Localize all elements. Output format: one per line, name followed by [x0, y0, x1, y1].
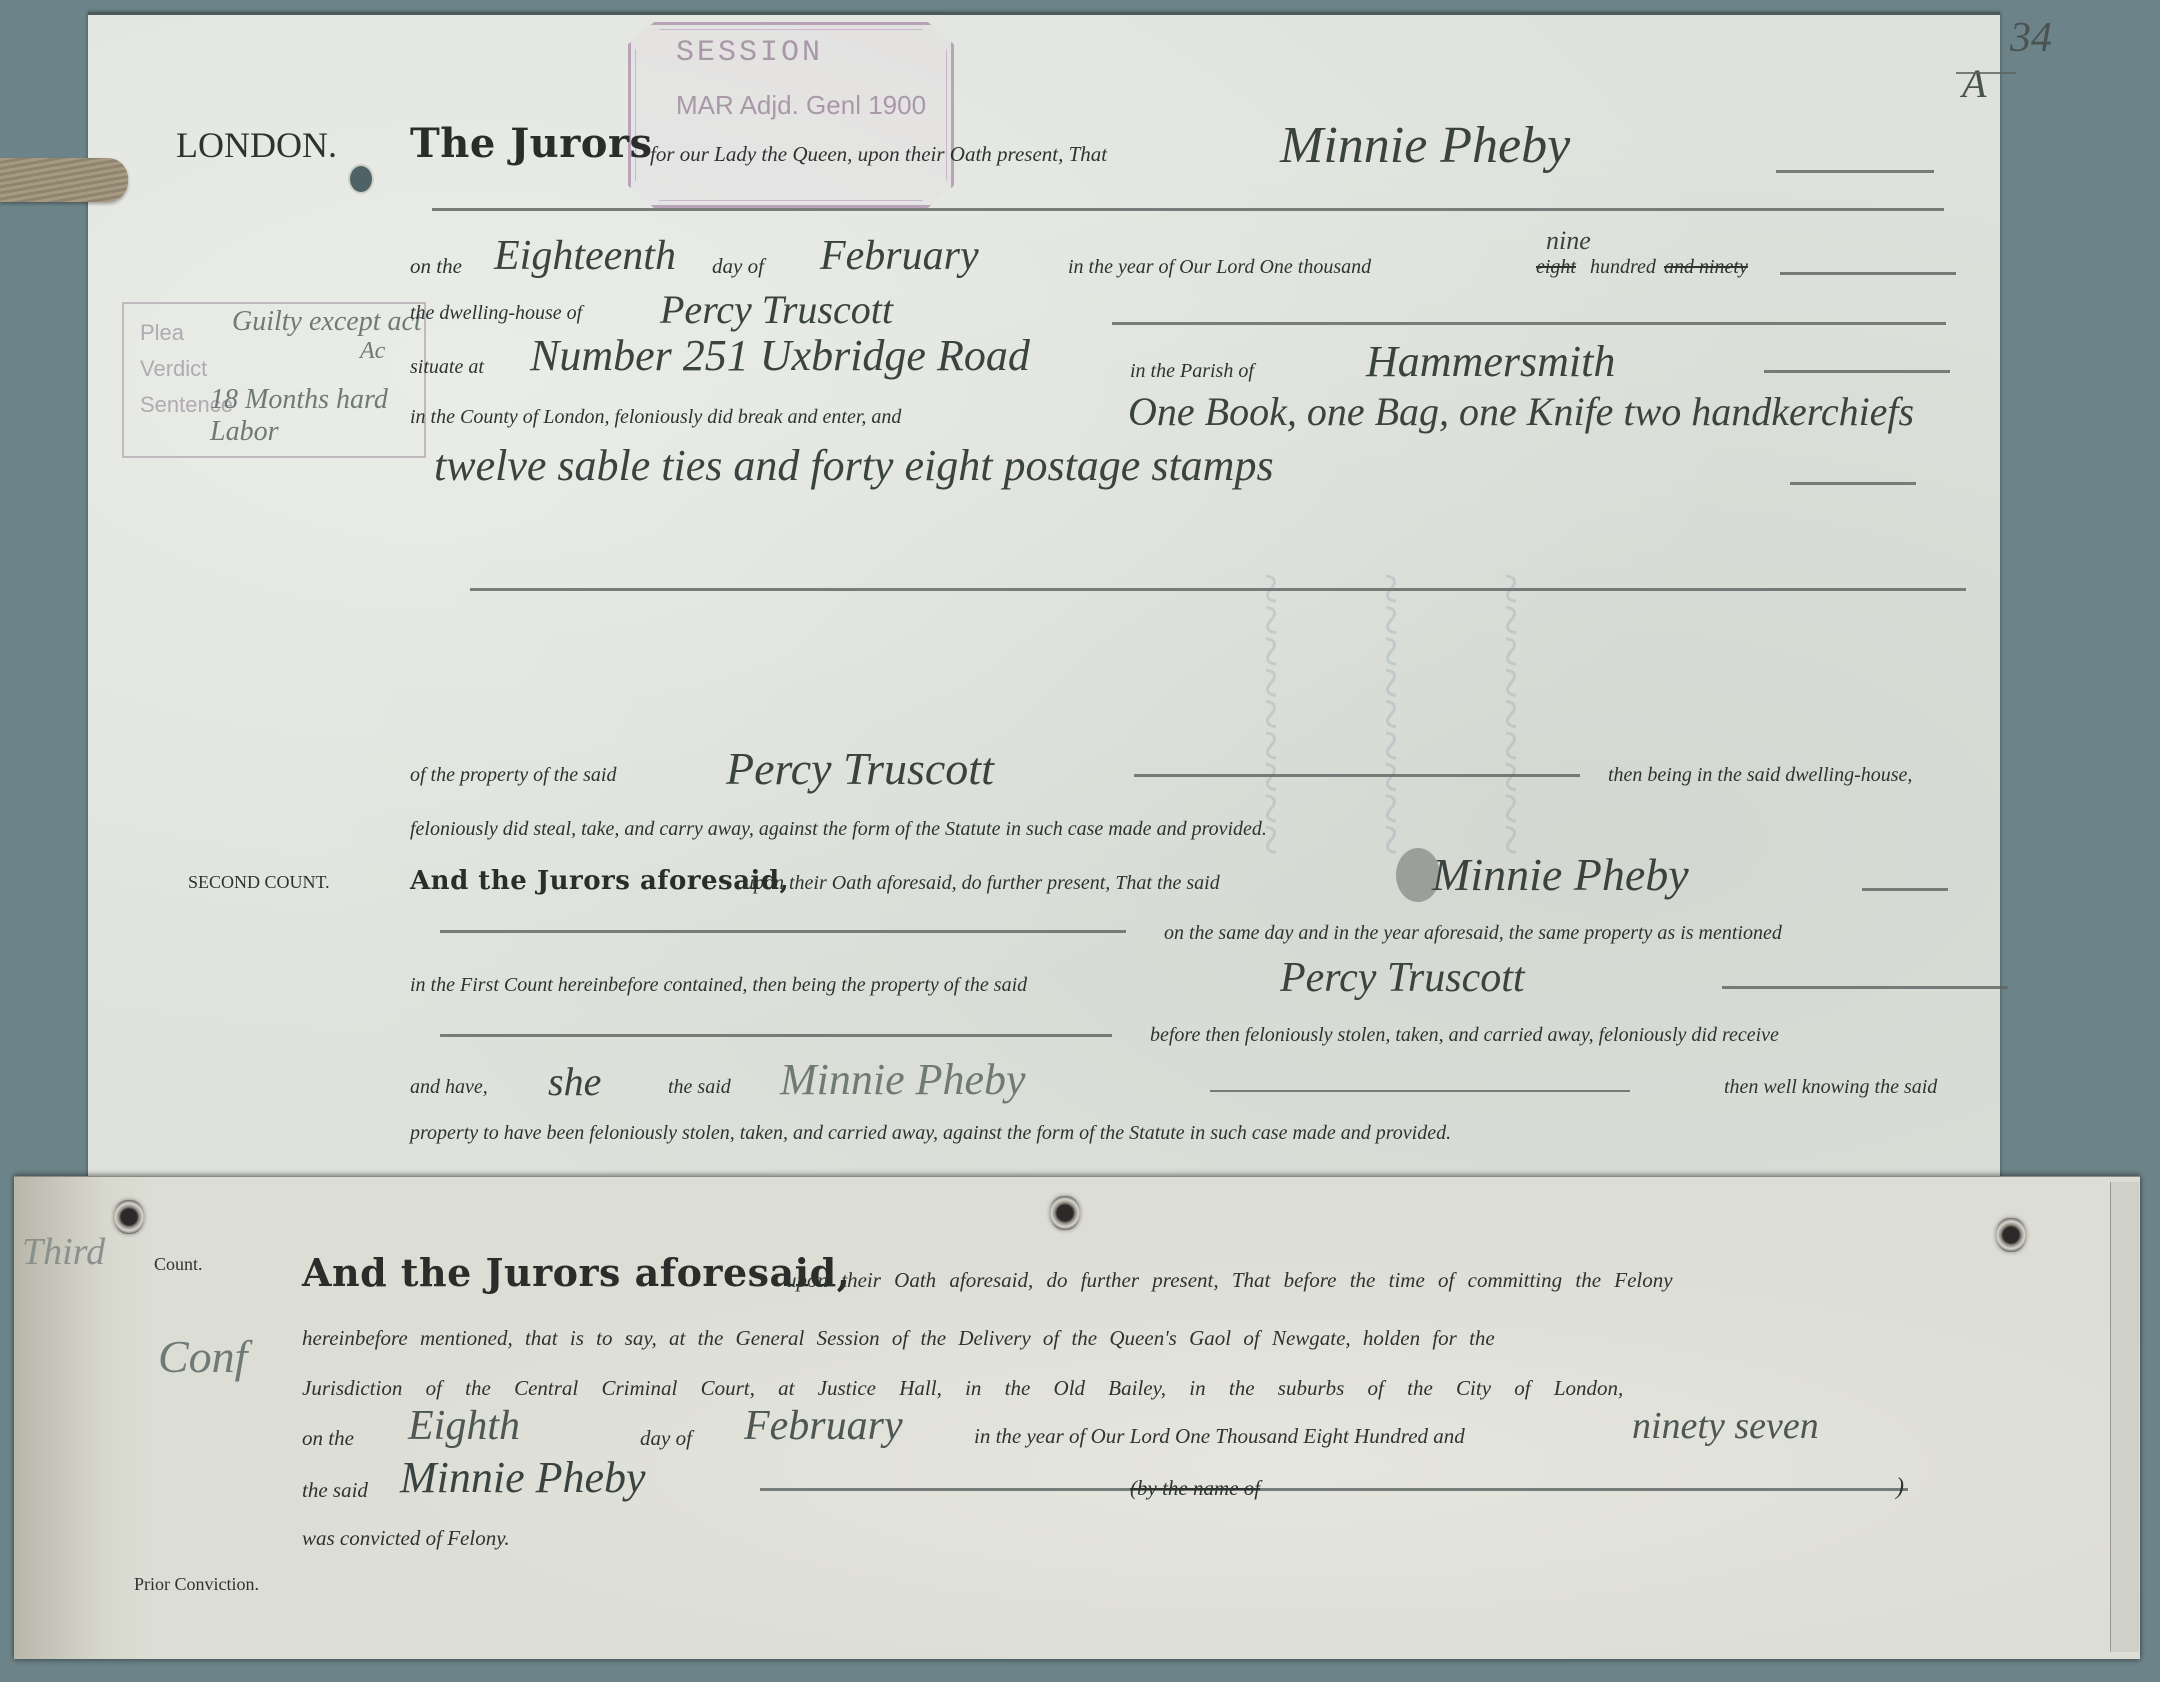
year-struck-eight: eight — [1536, 256, 1576, 279]
steal-line: feloniously did steal, take, and carry a… — [410, 818, 1267, 841]
dwelling-owner: Percy Truscott — [660, 286, 893, 333]
third-defendant: Minnie Pheby — [400, 1452, 646, 1503]
second-count-line1: upon their Oath aforesaid, do further pr… — [744, 872, 1220, 895]
jurisdiction-label: LONDON. — [176, 124, 337, 166]
eyelet-center — [1050, 1196, 1080, 1230]
stolen-line: before then feloniously stolen, taken, a… — [1150, 1024, 1779, 1047]
field-rule — [1776, 170, 1934, 173]
and-have-label: and have, — [410, 1076, 488, 1099]
third-count-sheet — [14, 1176, 2140, 1659]
field-rule — [1112, 322, 1946, 325]
third-the-said: the said — [302, 1478, 368, 1503]
field-rule — [760, 1488, 1908, 1491]
third-count-heading: And the Jurors aforesaid, — [302, 1250, 850, 1295]
offence-month: February — [820, 232, 979, 280]
bleed-through-writing: ~~~~~~~~~ — [1478, 572, 1545, 854]
third-year-print: in the year of Our Lord One Thousand Eig… — [974, 1424, 1465, 1449]
the-said-label: the said — [668, 1076, 731, 1099]
bleed-through-writing: ~~~~~~~~~ — [1358, 572, 1425, 854]
convicted-line: was convicted of Felony. — [302, 1526, 510, 1551]
property-label: of the property of the said — [410, 764, 616, 787]
year-print-a: in the year of Our Lord One thousand — [1068, 256, 1371, 279]
bleed-through-writing: ~~~~~~~~~ — [1238, 572, 1305, 854]
offence-day: Eighteenth — [494, 232, 676, 280]
parish-label: in the Parish of — [1130, 360, 1254, 383]
second-count-owner: Percy Truscott — [1280, 954, 1525, 1002]
count-label: Count. — [154, 1254, 203, 1275]
stamp-line-2: MAR Adjd. Genl 1900 — [676, 90, 926, 121]
goods-line-2: twelve sable ties and forty eight postag… — [434, 440, 1274, 491]
folio-letter: A — [1962, 60, 1986, 107]
field-rule — [440, 1034, 1112, 1037]
defendant-name: Minnie Pheby — [1280, 116, 1570, 175]
knowing-line: then well knowing the said — [1724, 1076, 1937, 1099]
address: Number 251 Uxbridge Road — [530, 330, 1030, 381]
binding-tape — [0, 158, 128, 202]
third-line-1: upon their Oath aforesaid, do further pr… — [786, 1268, 1673, 1293]
year-print-b: hundred — [1590, 256, 1656, 279]
folio-number: 34 — [2010, 14, 2052, 62]
sheet-edge — [2110, 1182, 2139, 1652]
by-the-name-of: (by the name of — [1130, 1476, 1260, 1501]
parish: Hammersmith — [1366, 336, 1615, 387]
stamp-line-1: SESSION — [676, 36, 823, 70]
on-the-label: on the — [410, 254, 462, 279]
second-count-defendant-2: Minnie Pheby — [780, 1054, 1026, 1105]
sentence-note: 18 Months hard Labor — [210, 384, 430, 448]
prior-day: Eighth — [408, 1402, 520, 1450]
second-count-final: property to have been feloniously stolen… — [410, 1122, 1451, 1145]
year-insert-nine: nine — [1546, 226, 1591, 256]
conf-margin-note: Conf — [158, 1330, 247, 1383]
year-struck-ninety: and ninety — [1664, 256, 1748, 279]
third-day-of: day of — [640, 1426, 692, 1451]
field-rule — [440, 930, 1126, 933]
second-count-heading: And the Jurors aforesaid, — [410, 866, 789, 896]
third-line-2: hereinbefore mentioned, that is to say, … — [302, 1326, 1495, 1351]
prior-conviction-label: Prior Conviction. — [134, 1574, 259, 1595]
field-rule — [470, 588, 1966, 591]
folio-underline — [1956, 72, 2016, 74]
field-rule — [1780, 272, 1956, 275]
jurors-heading: The Jurors — [410, 120, 653, 167]
second-count-defendant: Minnie Pheby — [1432, 848, 1689, 901]
field-rule — [1790, 482, 1916, 485]
eyelet-left — [114, 1200, 144, 1234]
third-on-the: on the — [302, 1426, 354, 1451]
prior-month: February — [744, 1402, 903, 1450]
close-paren: ) — [1896, 1474, 1904, 1501]
punch-hole — [348, 164, 374, 194]
pronoun-she: she — [548, 1058, 601, 1105]
third-margin-ordinal: Third — [22, 1230, 105, 1274]
property-owner: Percy Truscott — [726, 742, 994, 795]
first-count-ref: in the First Count hereinbefore containe… — [410, 974, 1027, 997]
field-rule — [1764, 370, 1950, 373]
situate-label: situate at — [410, 356, 484, 379]
field-rule — [432, 208, 1944, 211]
goods-line-1: One Book, one Bag, one Knife two handker… — [1128, 388, 1914, 435]
field-rule — [1862, 888, 1948, 891]
then-being-line: then being in the said dwelling-house, — [1608, 764, 1912, 787]
day-of-label: day of — [712, 254, 764, 279]
eyelet-right — [1996, 1218, 2026, 1252]
second-count-label: SECOND COUNT. — [188, 872, 330, 893]
plea-label: Plea — [140, 320, 184, 346]
verdict-note: Ac — [360, 338, 385, 365]
same-day-line: on the same day and in the year aforesai… — [1164, 922, 1782, 945]
field-rule — [1134, 774, 1580, 777]
third-line-3: Jurisdiction of the Central Criminal Cou… — [302, 1376, 1623, 1401]
field-rule — [1722, 986, 2008, 989]
plea-note: Guilty except act — [232, 306, 422, 338]
prior-year: ninety seven — [1632, 1404, 1819, 1448]
county-line: in the County of London, feloniously did… — [410, 406, 901, 429]
dwelling-label: the dwelling-house of — [410, 302, 582, 325]
verdict-label: Verdict — [140, 356, 207, 382]
field-rule — [1210, 1090, 1630, 1092]
first-count-line1: for our Lady the Queen, upon their Oath … — [650, 142, 1107, 167]
indictment-top-sheet — [88, 12, 2000, 1191]
